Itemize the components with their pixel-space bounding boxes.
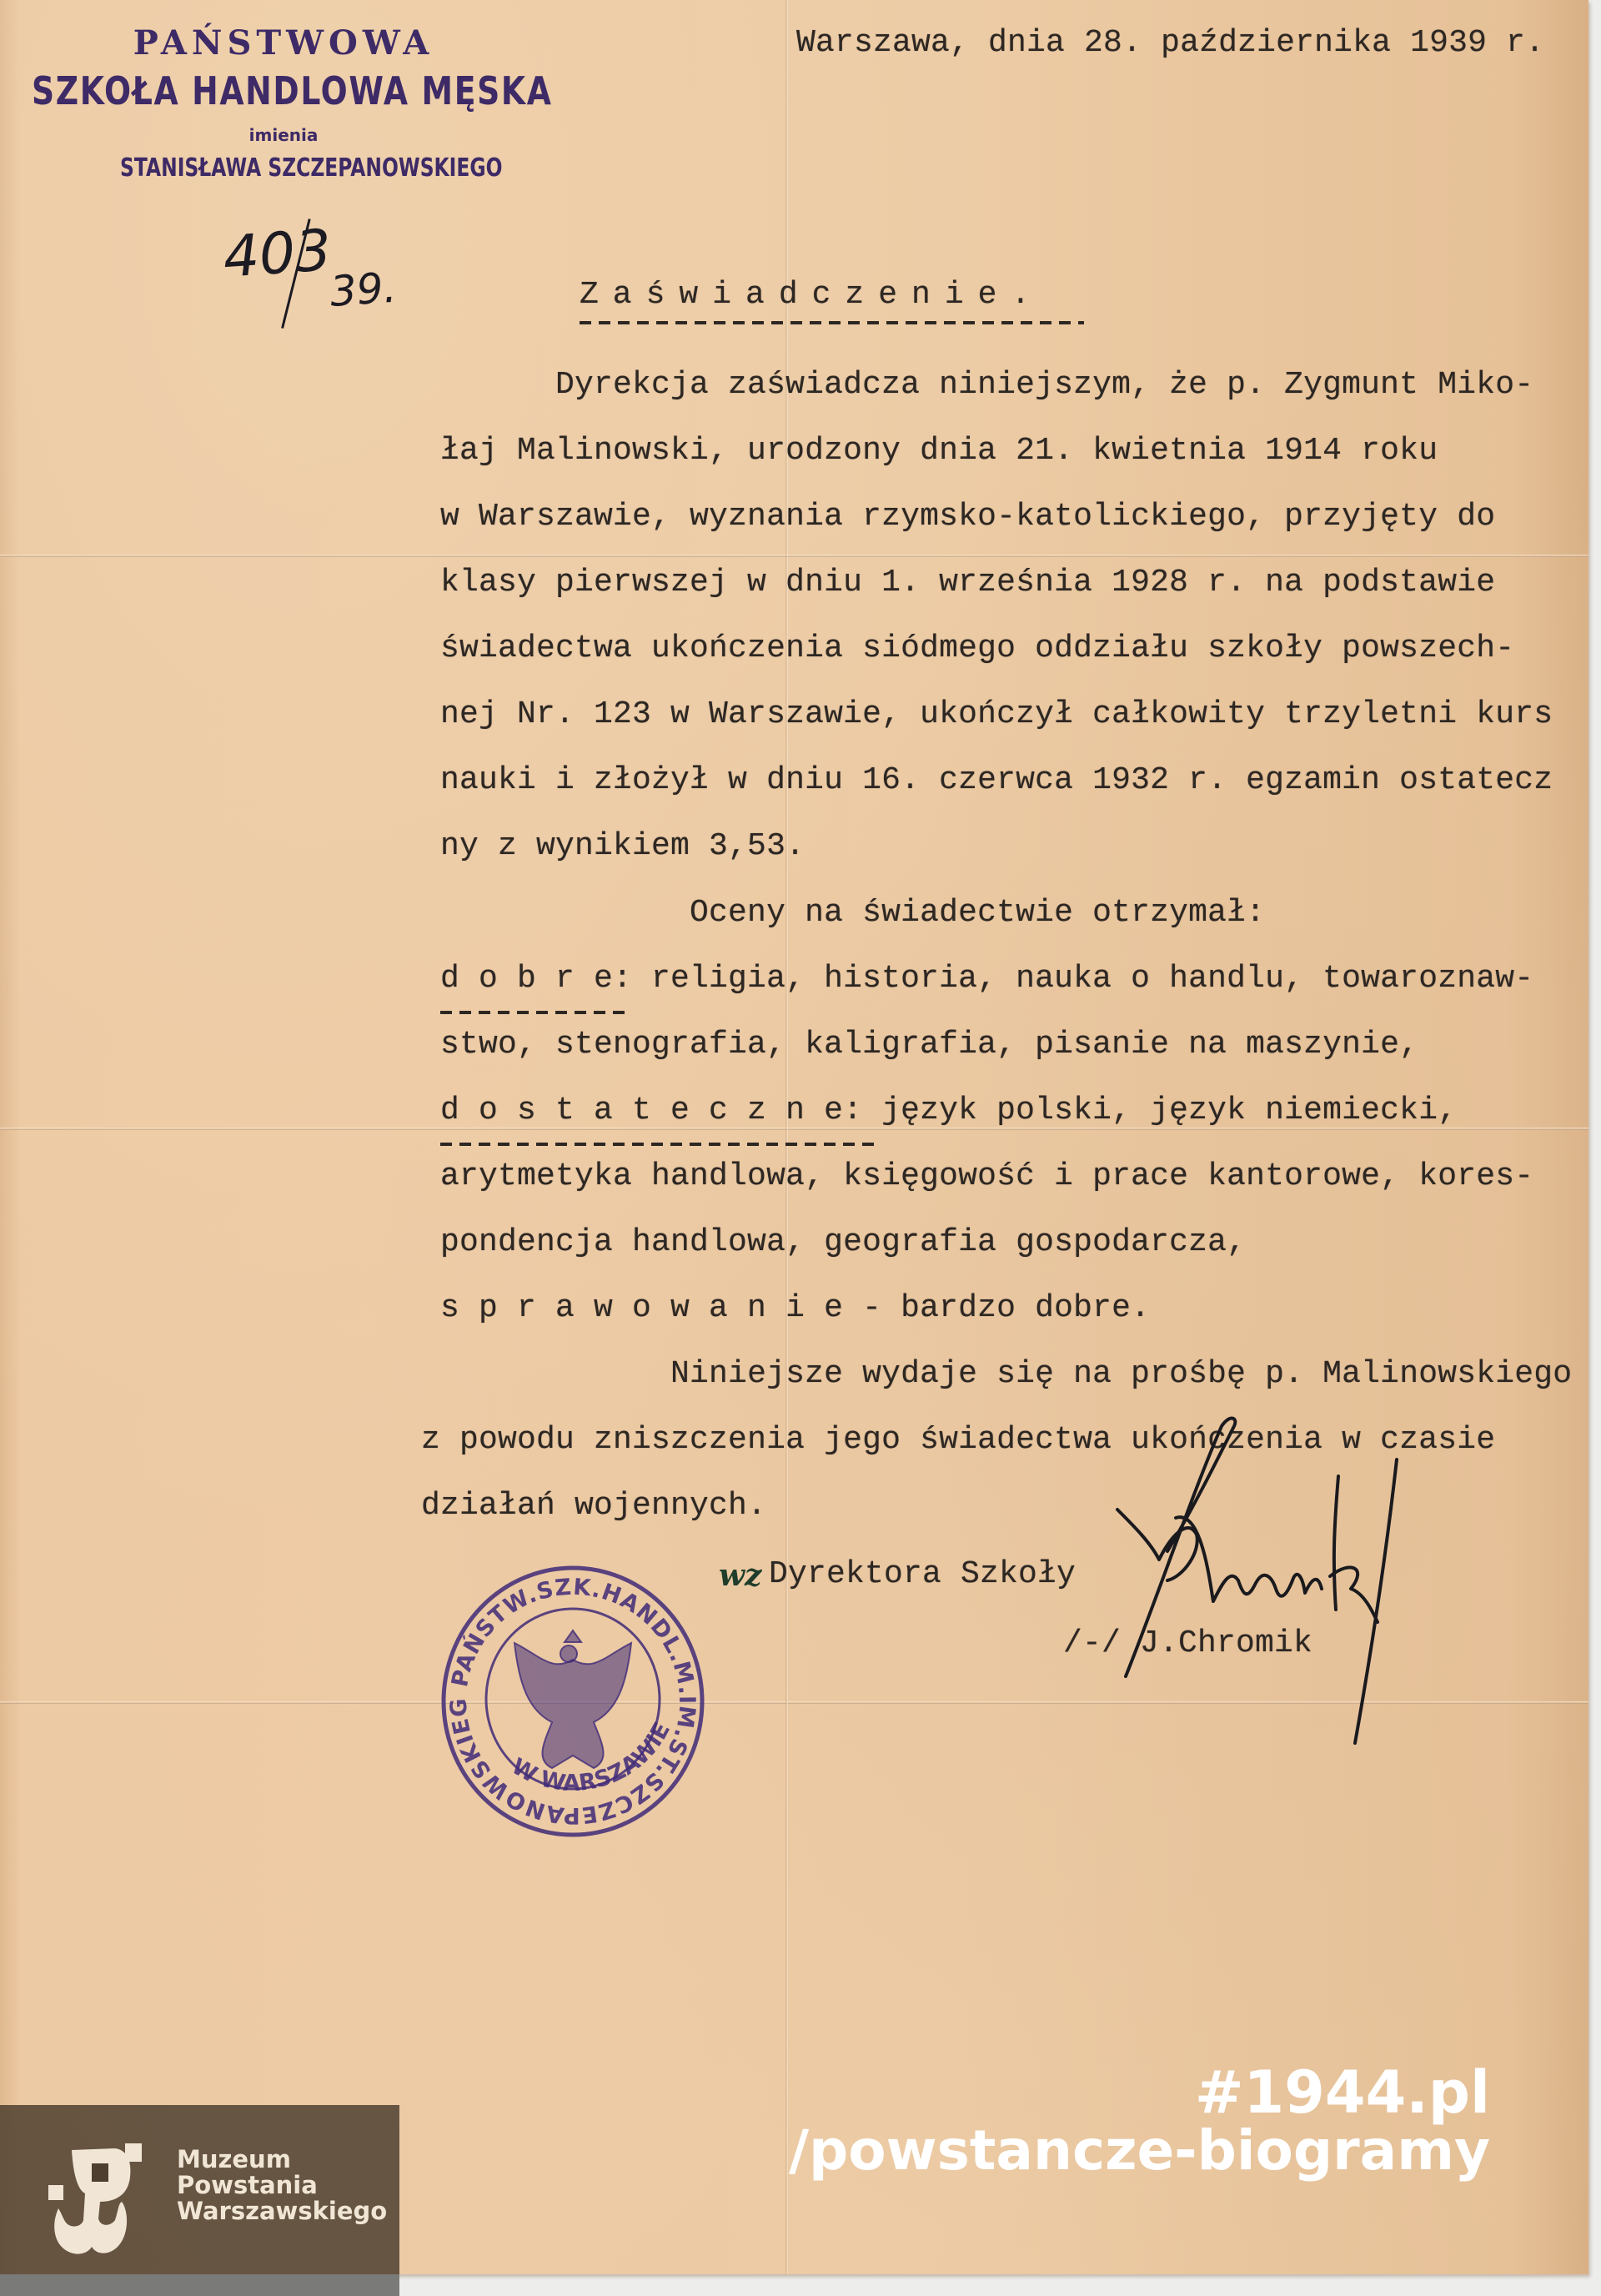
body-line: nej Nr. 123 w Warszawie, ukończył całkow… — [440, 696, 1553, 732]
watermark-hashtag: #1944.pl — [1195, 2058, 1490, 2127]
handwritten-wz: wz — [719, 1558, 761, 1593]
reference-year: 39. — [329, 264, 398, 316]
body-line: klasy pierwszej w dniu 1. września 1928 … — [440, 565, 1495, 600]
grades-heading: Oceny na świadectwie otrzymał: — [440, 895, 1265, 931]
grades-sufficient: d o s t a t e c z n e: język polski, jęz… — [440, 1093, 1457, 1128]
document-paper: PAŃSTWOWA SZKOŁA HANDLOWA MĘSKA imienia … — [0, 0, 1588, 2274]
fold-line — [0, 555, 1588, 557]
date-line: Warszawa, dnia 28. października 1939 r. — [796, 25, 1544, 61]
museum-name-line-3: Warszawskiego — [177, 2198, 387, 2224]
eagle-emblem-icon — [514, 1630, 631, 1768]
body-line: łaj Malinowski, urodzony dnia 21. kwietn… — [440, 433, 1438, 469]
title-underline — [580, 321, 1084, 324]
body-line: ny z wynikiem 3,53. — [440, 828, 805, 864]
museum-box-strip — [0, 2274, 399, 2296]
body-line: arytmetyka handlowa, księgowość i prace … — [440, 1158, 1533, 1194]
conduct-line: s p r a w o w a n i e - bardzo dobre. — [440, 1290, 1150, 1326]
museum-name-line-2: Powstania — [177, 2173, 387, 2198]
document-title: Zaświadczenie. — [580, 277, 1044, 313]
grades-good-underline — [440, 1011, 632, 1014]
signature-role: Dyrektora Szkoły — [769, 1556, 1076, 1592]
letterhead-line-1: PAŃSTWOWA — [125, 23, 442, 63]
body-line: Dyrekcja zaświadcza niniejszym, że p. Zy… — [440, 367, 1533, 403]
official-seal: PAŃSTW.SZK.HANDL.M.IM.ST.SZCZEPANOWSKIEG… — [435, 1564, 710, 1839]
watermark-path: /powstancze-biogramy — [789, 2118, 1490, 2183]
letterhead-patron: STANISŁAWA SZCZEPANOWSKIEGO — [120, 153, 445, 183]
body-line: stwo, stenografia, kaligrafia, pisanie n… — [440, 1027, 1418, 1063]
handwritten-signature — [1067, 1409, 1434, 1760]
reference-number-value: 403 — [221, 218, 334, 291]
museum-name: Muzeum Powstania Warszawskiego — [177, 2147, 387, 2224]
museum-name-line-1: Muzeum — [177, 2147, 387, 2173]
museum-logo-box: Muzeum Powstania Warszawskiego — [0, 2105, 399, 2296]
kotwica-anchor-icon — [48, 2143, 157, 2260]
body-line: w Warszawie, wyznania rzymsko-katolickie… — [440, 499, 1495, 535]
body-line: Niniejsze wydaje się na prośbę p. Malino… — [421, 1356, 1572, 1392]
body-line: świadectwa ukończenia siódmego oddziału … — [440, 631, 1514, 666]
letterhead-school-name: SZKOŁA HANDLOWA MĘSKA — [32, 68, 442, 113]
grades-good: d o b r e: religia, historia, nauka o ha… — [440, 961, 1533, 997]
body-line: nauki i złożył w dniu 16. czerwca 1932 r… — [440, 762, 1553, 798]
body-line: działań wojennych. — [421, 1488, 766, 1524]
fold-line-vertical — [785, 0, 788, 2274]
grades-sufficient-underline — [440, 1143, 874, 1146]
body-line: pondencja handlowa, geografia gospodarcz… — [440, 1224, 1246, 1260]
letterhead-line-3: imienia — [242, 125, 325, 145]
